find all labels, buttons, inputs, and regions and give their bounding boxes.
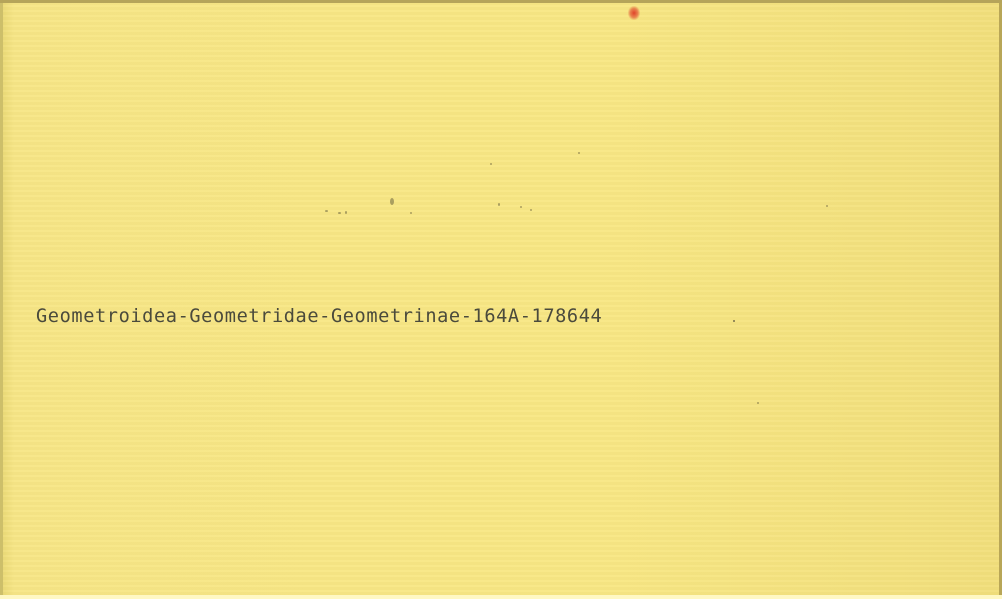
speck <box>757 402 759 404</box>
taxonomy-label: Geometroidea-Geometridae-Geometrinae-164… <box>36 305 602 327</box>
speck <box>520 206 522 208</box>
speck <box>325 210 328 212</box>
trailing-dot <box>733 320 735 322</box>
speck <box>826 205 828 207</box>
speck <box>345 211 347 214</box>
speck <box>578 152 580 154</box>
speck <box>390 198 394 205</box>
card-top-edge <box>0 0 1002 3</box>
index-card: Geometroidea-Geometridae-Geometrinae-164… <box>0 0 1002 599</box>
speck <box>530 209 532 211</box>
speck <box>410 212 412 214</box>
red-ink-mark <box>628 6 640 20</box>
speck <box>498 203 500 206</box>
speck <box>490 163 492 165</box>
card-bottom-edge <box>0 595 1002 599</box>
speck <box>338 212 341 214</box>
